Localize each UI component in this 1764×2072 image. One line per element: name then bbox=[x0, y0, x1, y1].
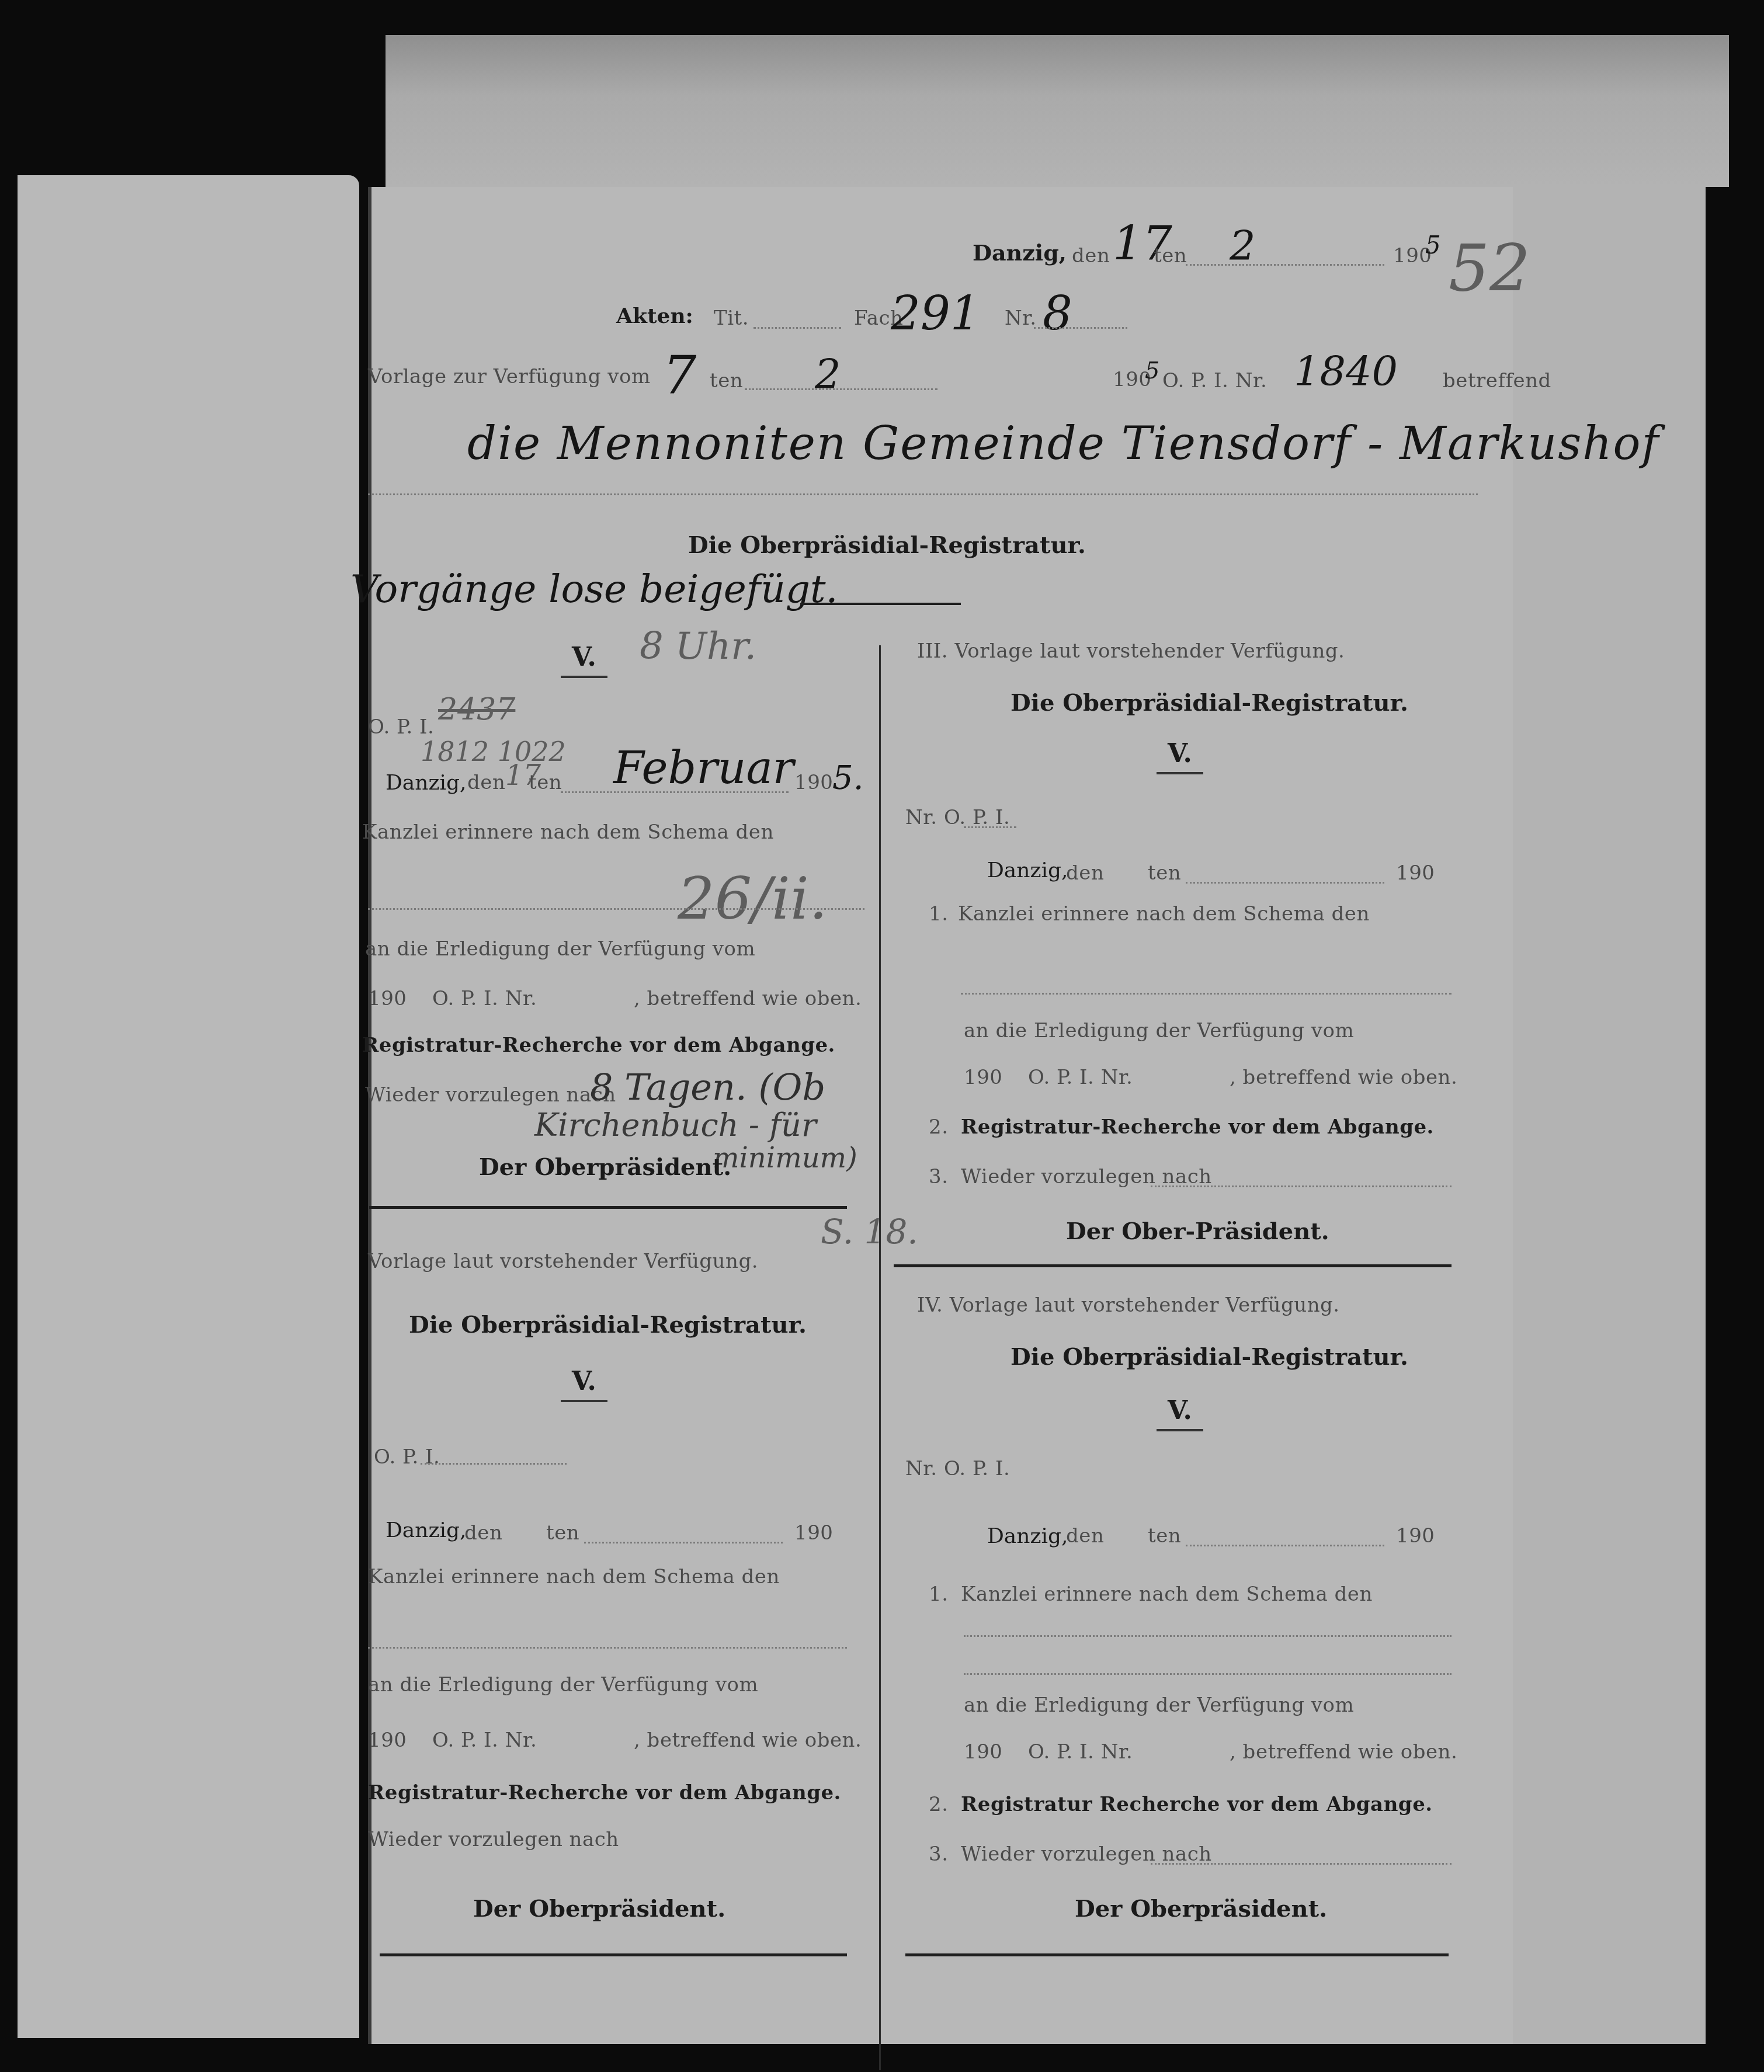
section2-v-mark: V. bbox=[555, 642, 613, 678]
section2-den-label: den bbox=[467, 771, 505, 794]
akten-nr-value: 8 bbox=[1043, 286, 1072, 340]
section4-item1: Kanzlei erinnere nach dem Schema den bbox=[961, 1583, 1373, 1606]
section3-item2-num: 2. bbox=[929, 1115, 948, 1139]
section4-heading: Die Oberpräsidial-Registratur. bbox=[1011, 1343, 1408, 1371]
left-lower-signature: Der Oberpräsident. bbox=[473, 1895, 725, 1922]
section2-ten-label: ten bbox=[529, 771, 562, 794]
vorlage-month: 2 bbox=[815, 350, 841, 398]
header-place: Danzig, bbox=[973, 239, 1067, 266]
vorlage-betreffend-label: betreffend bbox=[1443, 369, 1551, 392]
section4-year-prefix: 190 bbox=[1396, 1524, 1435, 1548]
section4-item1-dots-a bbox=[964, 1635, 1452, 1637]
section3-item1c-year: 190 bbox=[964, 1066, 1002, 1089]
vorlage-opi-label: O. P. I. Nr. bbox=[1162, 369, 1267, 392]
section2-item3: Wieder vorzulegen nach bbox=[365, 1083, 616, 1107]
left-lower-item3: Wieder vorzulegen nach bbox=[368, 1828, 619, 1851]
section4-item2-num: 2. bbox=[929, 1793, 948, 1816]
section2-year-prefix: 190 bbox=[794, 771, 833, 794]
section4-item1c-tail: , betreffend wie oben. bbox=[1230, 1740, 1457, 1764]
section4-item3-dots bbox=[1151, 1863, 1452, 1865]
section4-intro: IV. Vorlage laut vorstehender Verfügung. bbox=[917, 1294, 1340, 1317]
section4-item3-num: 3. bbox=[929, 1842, 948, 1866]
left-lower-year-prefix: 190 bbox=[794, 1521, 833, 1545]
section2-item1c-tail: , betreffend wie oben. bbox=[634, 987, 862, 1010]
vorlage-opi-value: 1840 bbox=[1294, 347, 1398, 395]
akten-tit-dots bbox=[753, 327, 841, 329]
registratur-signature-line bbox=[800, 603, 961, 605]
vorlage-prefix: Vorlage zur Verfügung vom bbox=[368, 365, 651, 388]
akten-nr-label: Nr. bbox=[1005, 307, 1037, 330]
section2-opi-numbers: 1812 1022 bbox=[421, 736, 566, 767]
section2-margin-pencil: S. 18. bbox=[821, 1212, 918, 1251]
section4-danzig: Danzig, bbox=[987, 1524, 1068, 1548]
section4-item2: Registratur Recherche vor dem Abgange. bbox=[961, 1793, 1433, 1816]
section2-month: Februar bbox=[613, 742, 794, 794]
section4-signature: Der Oberpräsident. bbox=[1075, 1895, 1327, 1922]
column-divider bbox=[879, 645, 881, 2070]
section3-den-label: den bbox=[1066, 861, 1104, 885]
section4-item1c-year: 190 bbox=[964, 1740, 1002, 1764]
section4-item3: Wieder vorzulegen nach bbox=[961, 1842, 1212, 1866]
section3-item3-dots bbox=[1151, 1186, 1452, 1187]
left-lower-opi-dots bbox=[421, 1463, 567, 1465]
section4-item1b: an die Erledigung der Verfügung vom bbox=[964, 1694, 1354, 1717]
section4-v-mark: V. bbox=[1151, 1396, 1209, 1431]
vorlage-day: 7 bbox=[663, 345, 696, 406]
section2-item1b: an die Erledigung der Verfügung vom bbox=[365, 937, 755, 961]
section3-danzig: Danzig, bbox=[987, 858, 1068, 882]
section4-ten-label: ten bbox=[1148, 1524, 1181, 1548]
folder-left-strip bbox=[18, 175, 359, 2038]
section3-item1c-opi: O. P. I. Nr. bbox=[1028, 1066, 1133, 1089]
section2-signature: Der Oberpräsident. bbox=[479, 1153, 731, 1181]
section4-opi-label: Nr. O. P. I. bbox=[905, 1457, 1010, 1480]
left-lower-danzig: Danzig, bbox=[386, 1518, 466, 1542]
left-lower-v-mark: V. bbox=[555, 1367, 613, 1402]
section2-item1: Kanzlei erinnere nach dem Schema den bbox=[362, 821, 774, 844]
left-lower-item2: Registratur-Recherche vor dem Abgange. bbox=[368, 1781, 841, 1805]
section3-item1-dots bbox=[961, 993, 1452, 995]
section4-item1-num: 1. bbox=[929, 1583, 948, 1606]
section3-item2: Registratur-Recherche vor dem Abgange. bbox=[961, 1115, 1434, 1139]
registratur-note-handwritten: Vorgänge lose beigefügt. bbox=[350, 566, 838, 611]
section4-item1c-opi: O. P. I. Nr. bbox=[1028, 1740, 1133, 1764]
registratur-heading: Die Oberpräsidial-Registratur. bbox=[688, 531, 1086, 559]
section2-item3-hand-line2: Kirchenbuch - für bbox=[534, 1107, 817, 1143]
section2-danzig: Danzig, bbox=[386, 771, 466, 795]
left-lower-bottom-rule bbox=[380, 1953, 847, 1956]
section3-year-prefix: 190 bbox=[1396, 861, 1435, 885]
section4-date-dots bbox=[1186, 1545, 1384, 1546]
section2-item1-dots bbox=[368, 908, 864, 910]
header-year-suffix: 5 bbox=[1425, 231, 1441, 259]
section3-ten-label: ten bbox=[1148, 861, 1181, 885]
left-lower-intro: Vorlage laut vorstehender Verfügung. bbox=[368, 1250, 758, 1273]
vorlage-ten-label: ten bbox=[710, 369, 743, 392]
akten-tit-label: Tit. bbox=[714, 307, 749, 330]
left-lower-date-dots bbox=[584, 1542, 783, 1543]
folder-top-band bbox=[386, 35, 1729, 187]
section2-item3-hand: 8 Tagen. (Ob bbox=[590, 1066, 825, 1108]
section2-year-suffix: 5. bbox=[832, 759, 863, 797]
left-lower-den-label: den bbox=[464, 1521, 502, 1545]
section3-date-dots bbox=[1186, 882, 1384, 884]
left-lower-heading: Die Oberpräsidial-Registratur. bbox=[409, 1311, 807, 1339]
left-lower-item1: Kanzlei erinnere nach dem Schema den bbox=[368, 1565, 780, 1588]
header-ten-label: ten bbox=[1154, 244, 1187, 267]
header-date-dots bbox=[1186, 264, 1384, 266]
akten-fach-value: 291 bbox=[891, 286, 980, 340]
vorlage-month-dots bbox=[745, 388, 937, 390]
section4-bottom-rule bbox=[905, 1953, 1449, 1956]
section2-item1c-opi: O. P. I. Nr. bbox=[432, 987, 537, 1010]
section2-bottom-rule bbox=[369, 1206, 847, 1209]
left-lower-item1c-year: 190 bbox=[368, 1729, 407, 1752]
left-lower-item1c-tail: , betreffend wie oben. bbox=[634, 1729, 862, 1752]
section2-item1-pencil: 26/ii. bbox=[678, 864, 828, 933]
akten-nr-dots bbox=[1034, 327, 1127, 329]
left-lower-ten-label: ten bbox=[546, 1521, 579, 1545]
section3-intro: III. Vorlage laut vorstehender Verfügung… bbox=[917, 639, 1345, 663]
header-month-handwritten: 2 bbox=[1230, 222, 1256, 270]
section3-heading: Die Oberpräsidial-Registratur. bbox=[1011, 689, 1408, 717]
section4-item1-dots-b bbox=[964, 1673, 1452, 1675]
folio-number-pencil: 52 bbox=[1449, 231, 1530, 305]
left-lower-item1c-opi: O. P. I. Nr. bbox=[432, 1729, 537, 1752]
vorlage-year-suffix: 5 bbox=[1145, 357, 1159, 384]
section3-item1: Kanzlei erinnere nach dem Schema den bbox=[958, 902, 1370, 926]
section2-item2: Registratur-Recherche vor dem Abgange. bbox=[362, 1034, 835, 1057]
section3-item3: Wieder vorzulegen nach bbox=[961, 1165, 1212, 1188]
header-den-label: den bbox=[1072, 244, 1110, 267]
section3-signature: Der Ober-Präsident. bbox=[1066, 1218, 1329, 1245]
section2-item3-hand-line3: minimum) bbox=[713, 1142, 857, 1174]
section3-opi-dots bbox=[964, 826, 1016, 828]
section3-v-mark: V. bbox=[1151, 739, 1209, 774]
section3-item3-num: 3. bbox=[929, 1165, 948, 1188]
akten-label: Akten: bbox=[616, 304, 693, 328]
section2-opi-label: O. P. I. bbox=[368, 715, 434, 739]
section2-item1c-year: 190 bbox=[368, 987, 407, 1010]
section3-item1-num: 1. bbox=[929, 902, 948, 926]
section2-v-annotation: 8 Uhr. bbox=[640, 625, 756, 668]
section2-opi-struck: 2437 bbox=[438, 692, 515, 727]
section3-bottom-rule bbox=[894, 1264, 1452, 1267]
left-lower-item1b: an die Erledigung der Verfügung vom bbox=[368, 1673, 758, 1696]
subject-dots bbox=[368, 493, 1478, 495]
section3-item1b: an die Erledigung der Verfügung vom bbox=[964, 1019, 1354, 1042]
section4-den-label: den bbox=[1066, 1524, 1104, 1548]
left-lower-opi-label: O. P. I. bbox=[374, 1445, 440, 1469]
section3-opi-label: Nr. O. P. I. bbox=[905, 806, 1010, 829]
left-lower-item1-dots bbox=[368, 1647, 847, 1649]
section3-item1c-tail: , betreffend wie oben. bbox=[1230, 1066, 1457, 1089]
subject-handwritten: die Mennoniten Gemeinde Tiensdorf - Mark… bbox=[467, 418, 1659, 470]
